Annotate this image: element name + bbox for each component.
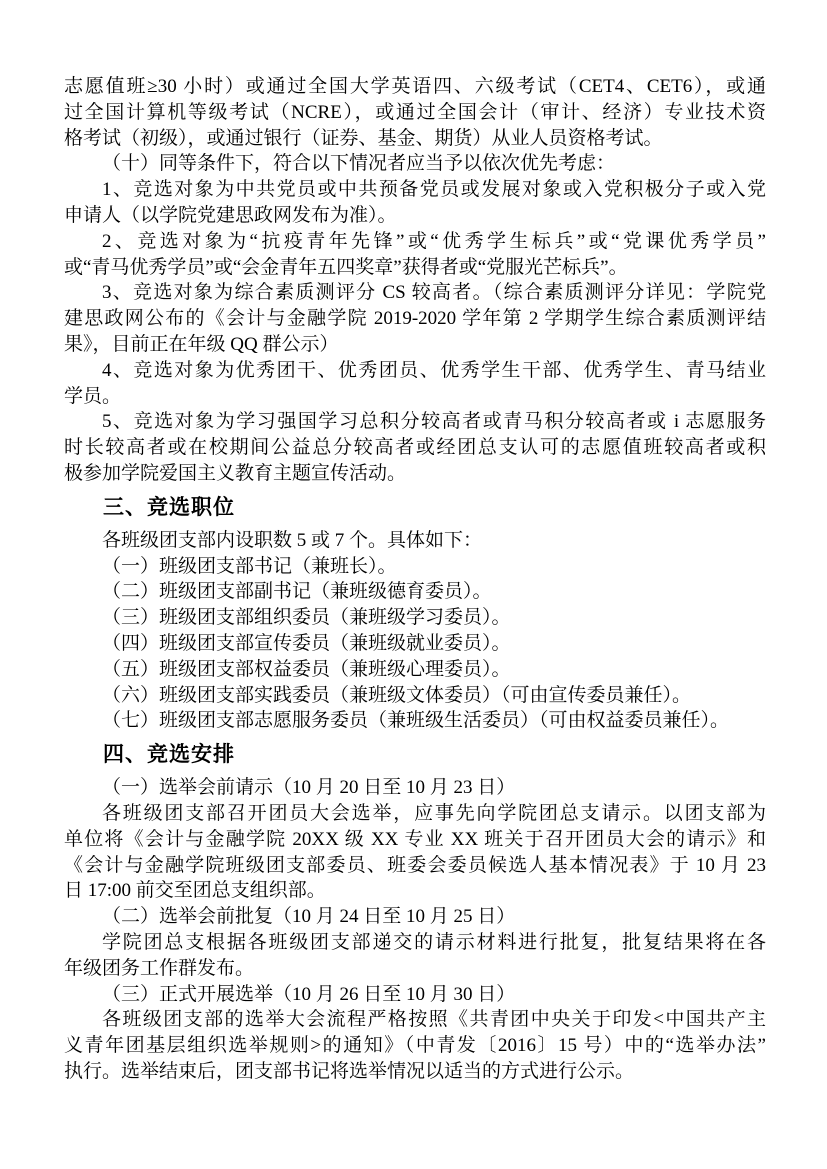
text-line: 2、竞选对象为“抗疫青年先锋”或“优秀学生标兵”或“党课优秀学员” bbox=[64, 229, 766, 255]
document-page: 志愿值班≥30 小时）或通过全国大学英语四、六级考试（CET4、CET6），或通… bbox=[0, 0, 827, 1169]
text-line: 各班级团支部的选举大会流程严格按照《共青团中央关于印发<中国共产主 bbox=[64, 1007, 766, 1033]
text-line: （三）班级团支部组织委员（兼班级学习委员）。 bbox=[64, 605, 766, 631]
text-line: 学员。 bbox=[64, 384, 766, 410]
text-line: 各班级团支部召开团员大会选举，应事先向学院团总支请示。以团支部为 bbox=[64, 801, 766, 827]
text-line: 学院团总支根据各班级团支部递交的请示材料进行批复，批复结果将在各 bbox=[64, 930, 766, 956]
document-content: 志愿值班≥30 小时）或通过全国大学英语四、六级考试（CET4、CET6），或通… bbox=[64, 74, 766, 1085]
text-line: 单位将《会计与金融学院 20XX 级 XX 专业 XX 班关于召开团员大会的请示… bbox=[64, 827, 766, 853]
text-line: （二）班级团支部副书记（兼班级德育委员）。 bbox=[64, 579, 766, 605]
paragraph: （三）班级团支部组织委员（兼班级学习委员）。 bbox=[64, 605, 766, 631]
text-line: 建思政网公布的《会计与金融学院 2019-2020 学年第 2 学期学生综合素质… bbox=[64, 306, 766, 332]
text-line: 4、竞选对象为优秀团干、优秀团员、优秀学生干部、优秀学生、青马结业 bbox=[64, 358, 766, 384]
paragraph: 各班级团支部召开团员大会选举，应事先向学院团总支请示。以团支部为单位将《会计与金… bbox=[64, 801, 766, 904]
paragraph: 各班级团支部的选举大会流程严格按照《共青团中央关于印发<中国共产主义青年团基层组… bbox=[64, 1007, 766, 1084]
text-line: （十）同等条件下，符合以下情况者应当予以依次优先考虑： bbox=[64, 151, 766, 177]
paragraph: 学院团总支根据各班级团支部递交的请示材料进行批复，批复结果将在各年级团务工作群发… bbox=[64, 930, 766, 982]
text-line: 过全国计算机等级考试（NCRE），或通过全国会计（审计、经济）专业技术资 bbox=[64, 100, 766, 126]
text-line: 各班级团支部内设职数 5 或 7 个。具体如下： bbox=[64, 528, 766, 554]
text-line: 《会计与金融学院班级团支部委员、班委会委员候选人基本情况表》于 10 月 23 bbox=[64, 853, 766, 879]
paragraph: （四）班级团支部宣传委员（兼班级就业委员）。 bbox=[64, 631, 766, 657]
text-line: 或“青马优秀学员”或“会金青年五四奖章”获得者或“党服光芒标兵”。 bbox=[64, 255, 766, 281]
text-line: 时长较高者或在校期间公益总分较高者或经团总支认可的志愿值班较高者或积 bbox=[64, 435, 766, 461]
paragraph: 1、竞选对象为中共党员或中共预备党员或发展对象或入党积极分子或入党申请人（以学院… bbox=[64, 177, 766, 229]
paragraph: 志愿值班≥30 小时）或通过全国大学英语四、六级考试（CET4、CET6），或通… bbox=[64, 74, 766, 151]
text-line: （六）班级团支部实践委员（兼班级文体委员）（可由宣传委员兼任）。 bbox=[64, 683, 766, 709]
text-line: （一）班级团支部书记（兼班长）。 bbox=[64, 554, 766, 580]
text-line: （五）班级团支部权益委员（兼班级心理委员）。 bbox=[64, 657, 766, 683]
text-line: 极参加学院爱国主义教育主题宣传活动。 bbox=[64, 461, 766, 487]
paragraph: （二）选举会前批复（10 月 24 日至 10 月 25 日） bbox=[64, 904, 766, 930]
text-line: （七）班级团支部志愿服务委员（兼班级生活委员）（可由权益委员兼任）。 bbox=[64, 708, 766, 734]
paragraph: （十）同等条件下，符合以下情况者应当予以依次优先考虑： bbox=[64, 151, 766, 177]
text-line: （一）选举会前请示（10 月 20 日至 10 月 23 日） bbox=[64, 775, 766, 801]
paragraph: （五）班级团支部权益委员（兼班级心理委员）。 bbox=[64, 657, 766, 683]
section-heading: 四、竞选安排 bbox=[64, 742, 766, 768]
text-line: （二）选举会前批复（10 月 24 日至 10 月 25 日） bbox=[64, 904, 766, 930]
text-line: 年级团务工作群发布。 bbox=[64, 956, 766, 982]
text-line: 申请人（以学院党建思政网发布为准）。 bbox=[64, 203, 766, 229]
paragraph: （一）选举会前请示（10 月 20 日至 10 月 23 日） bbox=[64, 775, 766, 801]
text-line: （四）班级团支部宣传委员（兼班级就业委员）。 bbox=[64, 631, 766, 657]
paragraph: 5、竞选对象为学习强国学习总积分较高者或青马积分较高者或 i 志愿服务时长较高者… bbox=[64, 409, 766, 486]
text-line: 执行。选举结束后，团支部书记将选举情况以适当的方式进行公示。 bbox=[64, 1059, 766, 1085]
paragraph: （二）班级团支部副书记（兼班级德育委员）。 bbox=[64, 579, 766, 605]
paragraph: 2、竞选对象为“抗疫青年先锋”或“优秀学生标兵”或“党课优秀学员”或“青马优秀学… bbox=[64, 229, 766, 281]
text-line: 1、竞选对象为中共党员或中共预备党员或发展对象或入党积极分子或入党 bbox=[64, 177, 766, 203]
paragraph: 3、竞选对象为综合素质测评分 CS 较高者。（综合素质测评分详见：学院党建思政网… bbox=[64, 280, 766, 357]
text-line: 果》，目前正在年级 QQ 群公示） bbox=[64, 332, 766, 358]
paragraph: 4、竞选对象为优秀团干、优秀团员、优秀学生干部、优秀学生、青马结业学员。 bbox=[64, 358, 766, 410]
section-heading: 三、竞选职位 bbox=[64, 495, 766, 521]
paragraph: （三）正式开展选举（10 月 26 日至 10 月 30 日） bbox=[64, 982, 766, 1008]
paragraph: 各班级团支部内设职数 5 或 7 个。具体如下： bbox=[64, 528, 766, 554]
paragraph: （一）班级团支部书记（兼班长）。 bbox=[64, 554, 766, 580]
paragraph: （七）班级团支部志愿服务委员（兼班级生活委员）（可由权益委员兼任）。 bbox=[64, 708, 766, 734]
text-line: 日 17:00 前交至团总支组织部。 bbox=[64, 878, 766, 904]
text-line: 3、竞选对象为综合素质测评分 CS 较高者。（综合素质测评分详见：学院党 bbox=[64, 280, 766, 306]
text-line: （三）正式开展选举（10 月 26 日至 10 月 30 日） bbox=[64, 982, 766, 1008]
paragraph: （六）班级团支部实践委员（兼班级文体委员）（可由宣传委员兼任）。 bbox=[64, 683, 766, 709]
text-line: 义青年团基层组织选举规则>的通知》（中青发〔2016〕15 号）中的“选举办法” bbox=[64, 1033, 766, 1059]
text-line: 格考试（初级），或通过银行（证券、基金、期货）从业人员资格考试。 bbox=[64, 126, 766, 152]
text-line: 5、竞选对象为学习强国学习总积分较高者或青马积分较高者或 i 志愿服务 bbox=[64, 409, 766, 435]
text-line: 志愿值班≥30 小时）或通过全国大学英语四、六级考试（CET4、CET6），或通 bbox=[64, 74, 766, 100]
